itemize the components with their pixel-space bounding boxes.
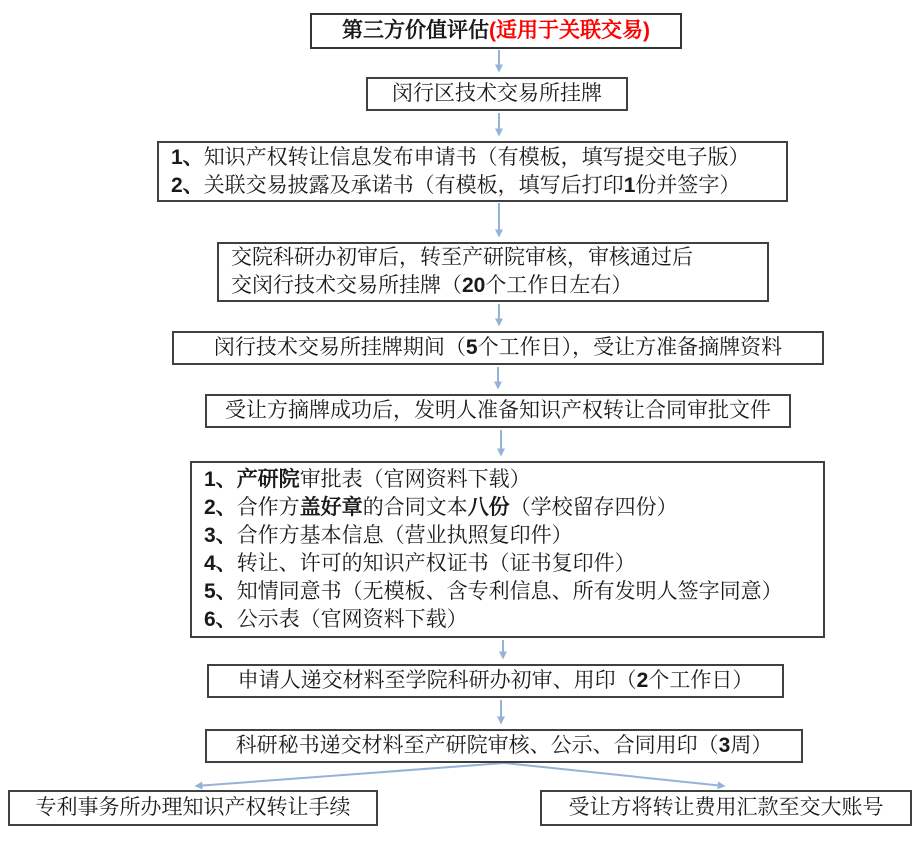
text-segment: 闵行技术交易所挂牌期间（ bbox=[214, 334, 466, 362]
text-segment: (适用于关联交易) bbox=[489, 17, 650, 45]
text-segment: 2 bbox=[637, 667, 649, 695]
text-segment: 20 bbox=[462, 274, 485, 297]
text-segment: 个工作日） bbox=[648, 667, 753, 695]
node-line: 交院科研办初审后，转至产研院审核，审核通过后 bbox=[231, 244, 693, 272]
node-patent-agency: 专利事务所办理知识产权转让手续 bbox=[8, 790, 378, 826]
node-line: 1、知识产权转让信息发布申请书（有模板，填写提交电子版） bbox=[171, 144, 750, 172]
text-segment: 受让方将转让费用汇款至交大账号 bbox=[569, 794, 884, 822]
text-segment: 个工作日），受让方准备摘牌资料 bbox=[478, 334, 783, 362]
text-segment: 产研院 bbox=[237, 468, 300, 491]
node-line: 3、合作方基本信息（营业执照复印件） bbox=[204, 522, 573, 550]
node-review-then-listing: 交院科研办初审后，转至产研院审核，审核通过后 交闵行技术交易所挂牌（20个工作日… bbox=[217, 242, 769, 302]
node-transfer-payment: 受让方将转让费用汇款至交大账号 bbox=[540, 790, 912, 826]
flow-arrow-diagonal-left bbox=[196, 763, 504, 786]
node-line: 1、产研院审批表（官网资料下载） bbox=[204, 466, 531, 494]
text-segment: 知情同意书（无模板、含专利信息、所有发明人签字同意） bbox=[237, 580, 783, 603]
text-segment: 合作方 bbox=[237, 496, 300, 519]
text-segment: 专利事务所办理知识产权转让手续 bbox=[36, 794, 351, 822]
text-segment: 转让、许可的知识产权证书（证书复印件） bbox=[237, 552, 636, 575]
flow-arrow-diagonal-right bbox=[504, 763, 724, 786]
text-segment: 份并签字） bbox=[635, 174, 740, 197]
text-segment: 5、 bbox=[204, 580, 237, 603]
text-segment: 知识产权转让信息发布申请书（有模板，填写提交电子版） bbox=[204, 146, 750, 169]
text-segment: 个工作日左右） bbox=[485, 274, 632, 297]
text-segment: 关联交易披露及承诺书（有模板，填写后打印 bbox=[204, 174, 624, 197]
node-line: 5、知情同意书（无模板、含专利信息、所有发明人签字同意） bbox=[204, 578, 783, 606]
text-segment: 合作方基本信息（营业执照复印件） bbox=[237, 524, 573, 547]
text-segment: 科研秘书递交材料至产研院审核、公示、合同用印（ bbox=[236, 732, 719, 760]
text-segment: 1 bbox=[624, 174, 636, 197]
node-apply-docs: 1、知识产权转让信息发布申请书（有模板，填写提交电子版） 2、关联交易披露及承诺… bbox=[157, 141, 788, 202]
node-minhang-listing: 闵行区技术交易所挂牌 bbox=[366, 77, 628, 111]
text-segment: 3、 bbox=[204, 524, 237, 547]
text-segment: 周） bbox=[730, 732, 772, 760]
text-segment: 1、 bbox=[171, 146, 204, 169]
text-segment: 闵行区技术交易所挂牌 bbox=[392, 80, 602, 108]
text-segment: 2、 bbox=[204, 496, 237, 519]
node-line: 交闵行技术交易所挂牌（20个工作日左右） bbox=[231, 272, 632, 300]
text-segment: 6、 bbox=[204, 608, 237, 631]
text-segment: 交闵行技术交易所挂牌（ bbox=[231, 274, 462, 297]
node-line: 2、合作方盖好章的合同文本八份（学校留存四份） bbox=[204, 494, 678, 522]
node-line: 2、关联交易披露及承诺书（有模板，填写后打印1份并签字） bbox=[171, 172, 740, 200]
text-segment: 4、 bbox=[204, 552, 237, 575]
text-segment: 申请人递交材料至学院科研办初审、用印（ bbox=[238, 667, 637, 695]
text-segment: 盖好章 bbox=[300, 496, 363, 519]
text-segment: 2、 bbox=[171, 174, 204, 197]
text-segment: 八份 bbox=[468, 496, 510, 519]
node-listing-period: 闵行技术交易所挂牌期间（5个工作日），受让方准备摘牌资料 bbox=[172, 331, 824, 365]
text-segment: 审批表（官网资料下载） bbox=[300, 468, 531, 491]
flowchart-canvas: 第三方价值评估(适用于关联交易) 闵行区技术交易所挂牌 1、知识产权转让信息发布… bbox=[0, 0, 916, 842]
text-segment: 3 bbox=[719, 732, 731, 760]
text-segment: 公示表（官网资料下载） bbox=[237, 608, 468, 631]
node-line: 6、公示表（官网资料下载） bbox=[204, 606, 468, 634]
text-segment: （学校留存四份） bbox=[510, 496, 678, 519]
text-segment: 1、 bbox=[204, 468, 237, 491]
text-segment: 第三方价值评估 bbox=[342, 17, 489, 45]
text-segment: 5 bbox=[466, 334, 478, 362]
text-segment: 受让方摘牌成功后，发明人准备知识产权转让合同审批文件 bbox=[225, 397, 771, 425]
node-school-initial-review: 申请人递交材料至学院科研办初审、用印（2个工作日） bbox=[207, 664, 784, 698]
node-line: 4、转让、许可的知识产权证书（证书复印件） bbox=[204, 550, 636, 578]
text-segment: 交院科研办初审后，转至产研院审核，审核通过后 bbox=[231, 246, 693, 269]
node-title: 第三方价值评估(适用于关联交易) bbox=[310, 13, 682, 49]
node-contract-materials: 1、产研院审批表（官网资料下载） 2、合作方盖好章的合同文本八份（学校留存四份）… bbox=[190, 461, 825, 638]
node-delisting-success: 受让方摘牌成功后，发明人准备知识产权转让合同审批文件 bbox=[205, 394, 791, 428]
node-secretary-submit: 科研秘书递交材料至产研院审核、公示、合同用印（3周） bbox=[205, 729, 803, 763]
text-segment: 的合同文本 bbox=[363, 496, 468, 519]
